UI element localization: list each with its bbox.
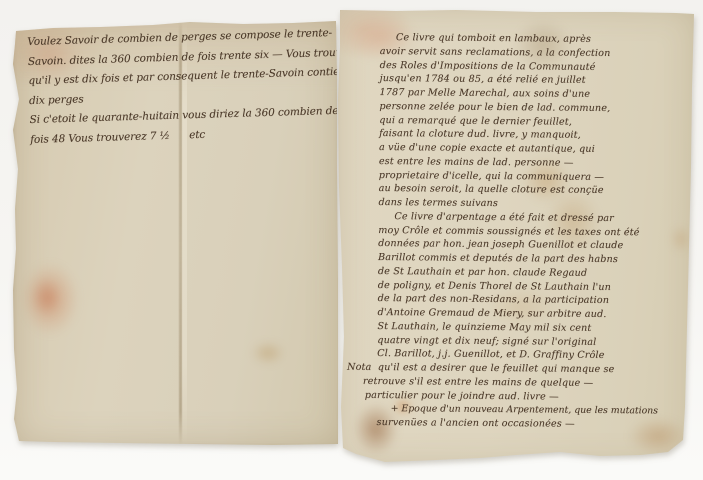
left-page: Voulez Savoir de combien de perges se co… bbox=[13, 19, 341, 447]
left-page-wrap: Voulez Savoir de combien de perges se co… bbox=[13, 19, 341, 447]
right-page: Ce livre qui tomboit en lambaux, après a… bbox=[336, 7, 698, 467]
stain bbox=[251, 341, 285, 365]
left-page-text: Voulez Savoir de combien de perges se co… bbox=[27, 24, 336, 150]
right-page-wrap: Ce livre qui tomboit en lambaux, après a… bbox=[336, 7, 698, 467]
handwritten-line: survenües a l'ancien ont occasionées — bbox=[377, 416, 673, 432]
right-page-text: Ce livre qui tomboit en lambaux, après a… bbox=[377, 31, 676, 432]
scan-surface: Voulez Savoir de combien de perges se co… bbox=[0, 0, 703, 480]
stain bbox=[31, 277, 61, 317]
